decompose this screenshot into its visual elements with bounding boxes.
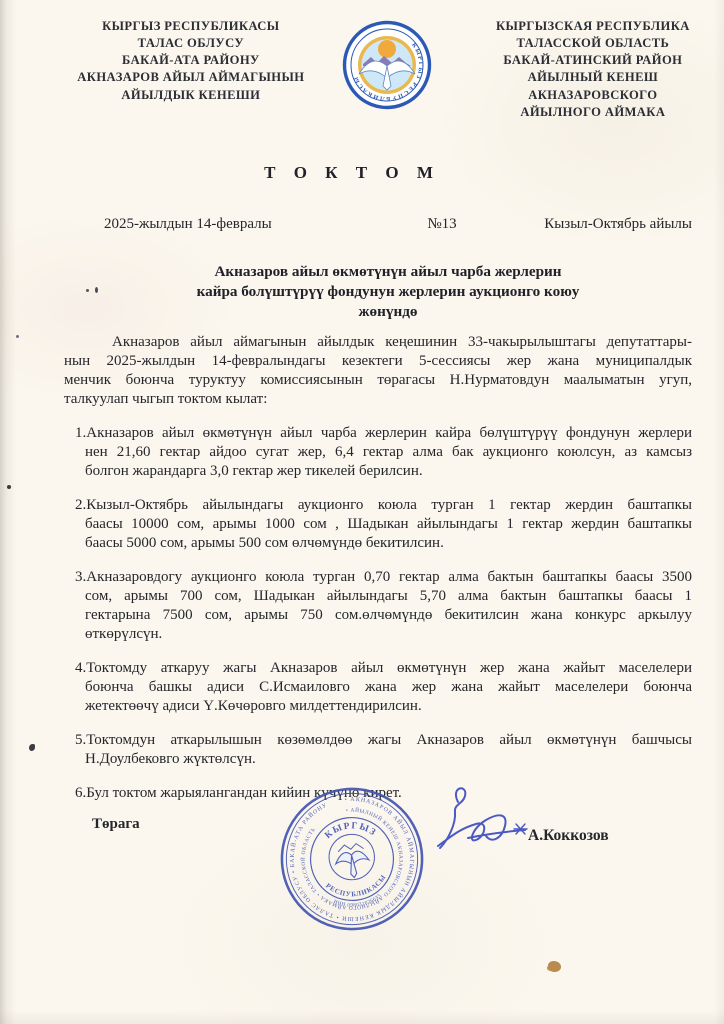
- item-line: 3.Акназаровдогу аукционго коюла турган 0…: [64, 568, 692, 587]
- decree-item-3: 3.Акназаровдогу аукционго коюла турган 0…: [64, 568, 692, 644]
- document-header: КЫРГЫЗ РЕСПУБЛИКАСЫ ТАЛАС ОБЛУСУ БАКАЙ-А…: [0, 18, 724, 121]
- subject-heading: Акназаров айыл өкмөтүнүн айыл чарба жерл…: [96, 262, 680, 323]
- state-emblem: КЫРГЫЗ РЕСПУБЛИКАСЫ: [342, 20, 432, 115]
- document-number: №13: [362, 216, 522, 233]
- preamble: Акназаров айыл аймагынын айылдык кеңешин…: [64, 333, 692, 409]
- document-place: Кызыл-Октябрь айылы: [522, 216, 692, 233]
- item-line: 5.Токтомдун аткарылышын көзөмөлдөө жагы …: [64, 731, 692, 750]
- item-line: Н.Доулбековго жүктөлсүн.: [64, 750, 692, 769]
- decree-item-5: 5.Токтомдун аткарылышын көзөмөлдөө жагы …: [64, 731, 692, 769]
- subject-line: кайра болүштүрүү фондунун жерлерин аукци…: [96, 282, 680, 302]
- document-date: 2025-жылдын 14-февралы: [104, 216, 362, 233]
- official-round-stamp: • АКНАЗАРОВ АЙЫЛ АЙМАГЫНЫН АЙЫЛДЫК КЕНЕШ…: [278, 784, 426, 934]
- kyrgyz-emblem-icon: КЫРГЫЗ РЕСПУБЛИКАСЫ: [342, 20, 432, 110]
- item-line: баасы 5000 сом, арымы 500 сом өлчөмүндө …: [64, 534, 692, 553]
- org-line: БАКАЙ-АТА РАЙОНУ: [52, 52, 330, 69]
- issuing-org-russian: КЫРГЫЗСКАЯ РЕСПУБЛИКА ТАЛАССКОЙ ОБЛАСТЬ …: [462, 18, 724, 121]
- issuing-org-kyrgyz: КЫРГЫЗ РЕСПУБЛИКАСЫ ТАЛАС ОБЛУСУ БАКАЙ-А…: [52, 18, 330, 104]
- preamble-line: нын 2025-жылдын 14-февралындагы кезектег…: [64, 352, 692, 371]
- preamble-line: менчик боюнча туруктуу комиссиясынын төр…: [64, 371, 692, 390]
- org-line: ТАЛАС ОБЛУСУ: [52, 35, 330, 52]
- subject-line: Акназаров айыл өкмөтүнүн айыл чарба жерл…: [96, 262, 680, 282]
- item-line: 2.Кызыл-Октябрь айылындагы аукционго кою…: [64, 496, 692, 515]
- item-line: баасы 10000 сом, арымы 1000 сом , Шадыка…: [64, 515, 692, 534]
- ink-speck: [86, 289, 89, 292]
- org-line: КЫРГЫЗ РЕСПУБЛИКАСЫ: [52, 18, 330, 35]
- org-line: БАКАЙ-АТИНСКИЙ РАЙОН: [462, 52, 724, 69]
- ink-speck: [29, 744, 35, 751]
- decree-item-2: 2.Кызыл-Октябрь айылындагы аукционго кою…: [64, 496, 692, 553]
- decree-item-4: 4.Токтомду аткаруу жагы Акназаров айыл ө…: [64, 659, 692, 716]
- preamble-line: талкуулап чыгып токтом кылат:: [64, 390, 692, 409]
- org-line: АКНАЗАРОВ АЙЫЛ АЙМАГЫНЫН: [52, 69, 330, 86]
- item-line: боюнча башкы адиси С.Исмаиловго жана жер…: [64, 678, 692, 697]
- meta-row: 2025-жылдын 14-февралы №13 Кызыл-Октябрь…: [104, 216, 692, 233]
- preamble-line: Акназаров айыл аймагынын айылдык кеңешин…: [64, 333, 692, 352]
- item-line: гектарына 7500 сом, арымы 750 сом.өлчөмү…: [64, 606, 692, 625]
- ink-speck: [7, 485, 11, 489]
- handwritten-signature: [428, 782, 546, 866]
- document-title: Т О К Т О М: [0, 163, 704, 183]
- paper-stain: [548, 961, 561, 972]
- item-line: жетектөөчү адиси Ү.Көчөровго милдеттенди…: [64, 697, 692, 716]
- org-line: АЙЫЛДЫК КЕНЕШИ: [52, 87, 330, 104]
- org-line: АЙЫЛНОГО АЙМАКА: [462, 104, 724, 121]
- org-line: ТАЛАССКОЙ ОБЛАСТЬ: [462, 35, 724, 52]
- org-line: КЫРГЫЗСКАЯ РЕСПУБЛИКА: [462, 18, 724, 35]
- item-line: болгон жарандарга 3,0 гектар жер тикелей…: [64, 462, 692, 481]
- scanned-decree-page: КЫРГЫЗ РЕСПУБЛИКАСЫ ТАЛАС ОБЛУСУ БАКАЙ-А…: [0, 0, 724, 1024]
- item-line: нен 21,60 гектар айдоо сугат жер, 6,4 ге…: [64, 443, 692, 462]
- decree-item-1: 1.Акназаров айыл өкмөтүнүн айыл чарба же…: [64, 424, 692, 481]
- signer-role: Төрага: [92, 816, 140, 833]
- org-line: АЙЫЛНЫЙ КЕНЕШ АКНАЗАРОВСКОГО: [462, 69, 724, 103]
- subject-line: жөнүндө: [96, 302, 680, 322]
- document-body: Акназаров айыл аймагынын айылдык кеңешин…: [64, 333, 692, 803]
- item-line: сом, арымы 700 сом, Шадыкан айылындагы 5…: [64, 587, 692, 606]
- ink-speck: [16, 335, 19, 338]
- item-line: 1.Акназаров айыл өкмөтүнүн айыл чарба же…: [64, 424, 692, 443]
- item-line: 4.Токтомду аткаруу жагы Акназаров айыл ө…: [64, 659, 692, 678]
- item-line: өткөрүлсүн.: [64, 625, 692, 644]
